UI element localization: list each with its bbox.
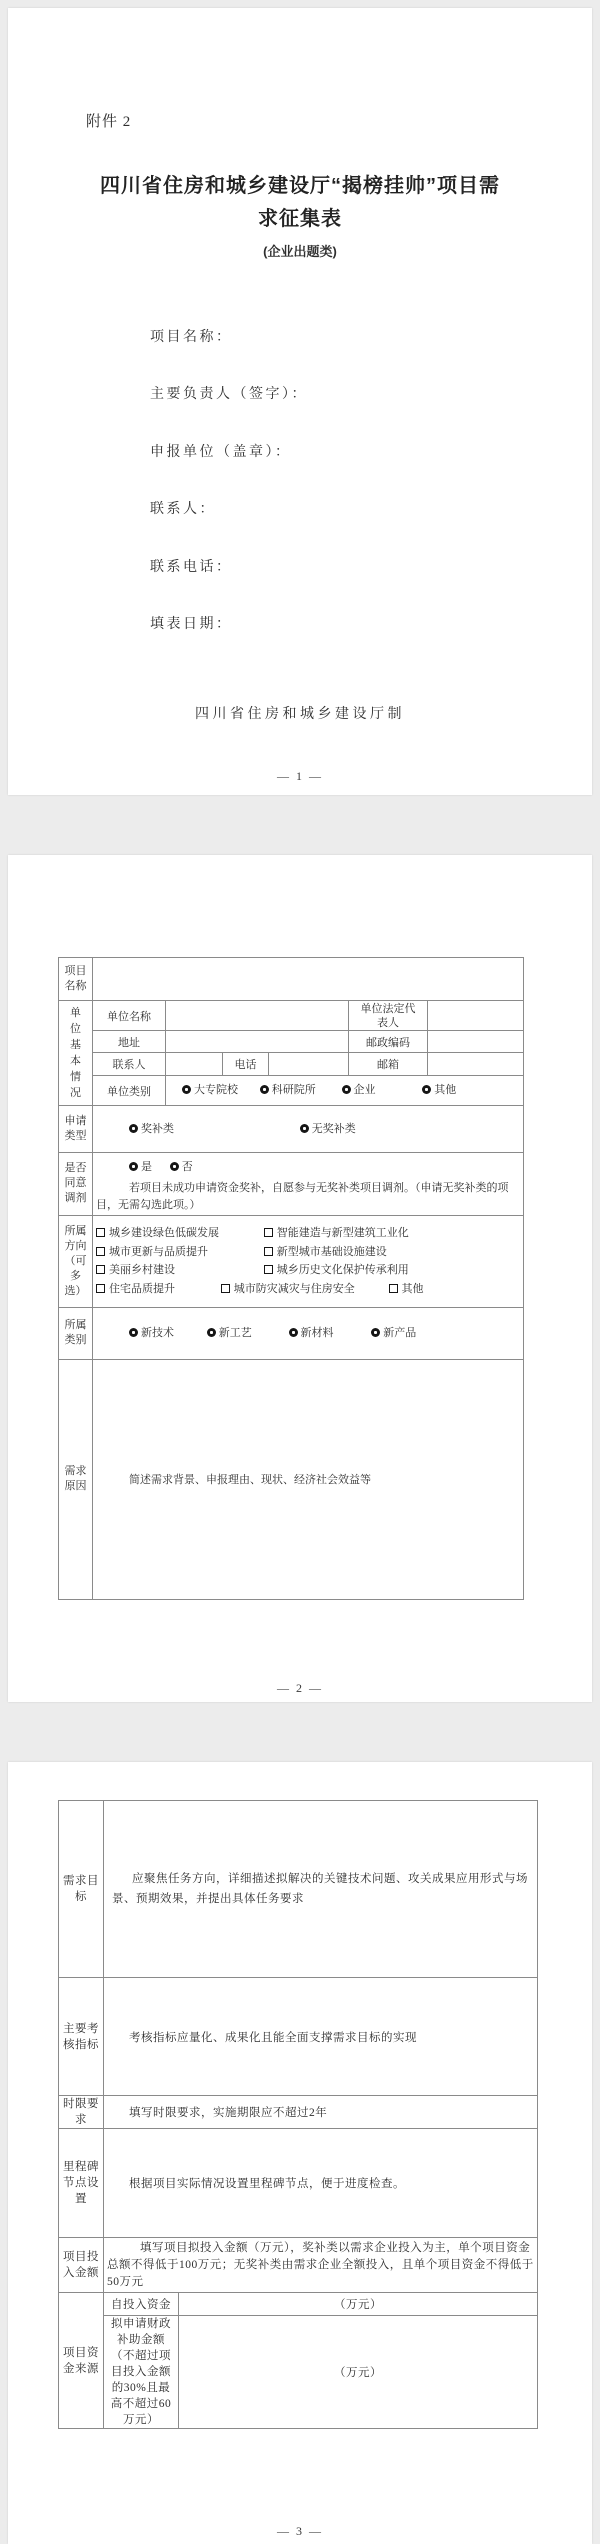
adjust-label-cell: 是否同意调剂 — [59, 1153, 93, 1216]
radio-icon — [182, 1085, 191, 1094]
radio-icon — [129, 1328, 138, 1337]
apply-type-label-cell: 申请类型 — [59, 1106, 93, 1153]
email-label-cell: 邮箱 — [349, 1053, 428, 1076]
investment-hint: 填写项目拟投入金额（万元），奖补类以需求企业投入为主，单个项目资金总额不得低于1… — [104, 2240, 537, 2291]
checkbox-option: 城乡历史文化保护传承利用 — [264, 1261, 409, 1280]
field-contact-phone: 联系电话： — [150, 556, 233, 576]
adjust-content-cell: 是 否 若项目未成功申请资金奖补，自愿参与无奖补类项目调剂。（申请无奖补类的项目… — [93, 1153, 524, 1216]
milestone-label-cell: 里程碑节点设置 — [59, 2129, 104, 2238]
radio-option: 新工艺 — [207, 1324, 286, 1343]
checkbox-option: 美丽乡村建设 — [96, 1261, 261, 1280]
investment-hint-cell: 填写项目拟投入金额（万元），奖补类以需求企业投入为主，单个项目资金总额不得低于1… — [104, 2238, 538, 2293]
radio-icon — [170, 1162, 179, 1171]
page-2: 项目名称 单位基本情况 单位名称 单位法定代表人 地址 邮政编码 联系人 电话 — [8, 855, 592, 1702]
checkbox-icon — [264, 1247, 273, 1256]
radio-icon — [300, 1124, 309, 1133]
unit-name-value-cell — [166, 1001, 349, 1031]
radio-option: 新材料 — [289, 1324, 369, 1343]
checkbox-option: 城市防灾减灾与住房安全 — [221, 1280, 386, 1299]
requirement-form-table: 项目名称 单位基本情况 单位名称 单位法定代表人 地址 邮政编码 联系人 电话 — [58, 957, 524, 1600]
checkbox-icon — [264, 1265, 273, 1274]
unit-info-label-cell: 单位基本情况 — [59, 1001, 93, 1106]
title-line-2: 求征集表 — [8, 203, 592, 236]
goal-hint: 应聚焦任务方向，详细描述拟解决的关键技术问题、攻关成果应用形式与场景、预期效果，… — [104, 1869, 537, 1909]
attachment-label: 附件 2 — [86, 110, 131, 131]
self-fund-value-cell: （万元） — [179, 2293, 538, 2316]
radio-icon — [342, 1085, 351, 1094]
checkbox-icon — [96, 1228, 105, 1237]
subsidy-value-cell: （万元） — [179, 2316, 538, 2429]
adjust-note: 若项目未成功申请资金奖补，自愿参与无奖补类项目调剂。（申请无奖补类的项目，无需勾… — [93, 1180, 523, 1215]
direction-options-cell: 城乡建设绿色低碳发展 智能建造与新型建筑工业化 城市更新与品质提升 新型城市基础… — [93, 1215, 524, 1307]
checkbox-option: 新型城市基础设施建设 — [264, 1243, 387, 1262]
radio-option: 大专院校 — [182, 1081, 257, 1100]
field-project-name: 项目名称： — [150, 326, 233, 346]
time-label-cell: 时限要求 — [59, 2096, 104, 2129]
radio-option: 其他 — [422, 1081, 456, 1100]
category-options-cell: 新技术 新工艺 新材料 新产品 — [93, 1307, 524, 1359]
checkbox-icon — [221, 1284, 230, 1293]
radio-icon — [129, 1162, 138, 1171]
phone-value-cell — [269, 1053, 349, 1076]
radio-option: 是 — [129, 1158, 167, 1177]
page-number-1: — 1 — — [8, 769, 592, 784]
address-label-cell: 地址 — [93, 1031, 166, 1053]
postcode-label-cell: 邮政编码 — [349, 1031, 428, 1053]
postcode-value-cell — [428, 1031, 524, 1053]
checkbox-icon — [264, 1228, 273, 1237]
project-name-value-cell — [93, 958, 524, 1001]
reason-label-cell: 需求原因 — [59, 1359, 93, 1599]
requirement-detail-table: 需求目标 应聚焦任务方向，详细描述拟解决的关键技术问题、攻关成果应用形式与场景、… — [58, 1800, 538, 2429]
radio-icon — [207, 1328, 216, 1337]
page-1: 附件 2 四川省住房和城乡建设厅“揭榜挂帅”项目需 求征集表 (企业出题类) 项… — [8, 8, 592, 795]
legal-rep-label-cell: 单位法定代表人 — [349, 1001, 428, 1031]
checkbox-icon — [96, 1284, 105, 1293]
investment-label-cell: 项目投入金额 — [59, 2238, 104, 2293]
field-applicant-unit: 申报单位（盖章）： — [150, 441, 292, 461]
email-value-cell — [428, 1053, 524, 1076]
radio-option: 新产品 — [371, 1324, 416, 1343]
radio-option: 企业 — [342, 1081, 420, 1100]
radio-option: 否 — [170, 1158, 193, 1177]
apply-type-options-cell: 奖补类 无奖补类 — [93, 1106, 524, 1153]
direction-label-cell: 所属方向（可多选） — [59, 1215, 93, 1307]
goal-label-cell: 需求目标 — [59, 1801, 104, 1978]
unit-type-options-cell: 大专院校 科研院所 企业 其他 — [166, 1076, 524, 1106]
document-viewer: 附件 2 四川省住房和城乡建设厅“揭榜挂帅”项目需 求征集表 (企业出题类) 项… — [0, 0, 600, 2544]
document-title: 四川省住房和城乡建设厅“揭榜挂帅”项目需 求征集表 — [8, 170, 592, 236]
radio-icon — [260, 1085, 269, 1094]
checkbox-option: 住宅品质提升 — [96, 1280, 218, 1299]
unit-type-label-cell: 单位类别 — [93, 1076, 166, 1106]
checkbox-icon — [389, 1284, 398, 1293]
checkbox-icon — [96, 1247, 105, 1256]
contact-value-cell — [166, 1053, 223, 1076]
field-contact: 联系人： — [150, 498, 216, 518]
radio-option: 奖补类 — [129, 1120, 297, 1139]
checkbox-option: 城乡建设绿色低碳发展 — [96, 1224, 261, 1243]
page-number-2: — 2 — — [8, 1681, 592, 1696]
title-line-1: 四川省住房和城乡建设厅“揭榜挂帅”项目需 — [8, 170, 592, 203]
kpi-hint-cell: 考核指标应量化、成果化且能全面支撑需求目标的实现 — [104, 1978, 538, 2096]
category-label-cell: 所属类别 — [59, 1307, 93, 1359]
radio-icon — [289, 1328, 298, 1337]
document-subtitle: (企业出题类) — [8, 241, 592, 260]
radio-option: 无奖补类 — [300, 1120, 356, 1139]
issuer-line: 四川省住房和城乡建设厅制 — [8, 703, 592, 723]
project-name-label-cell: 项目名称 — [59, 958, 93, 1001]
address-value-cell — [166, 1031, 349, 1053]
goal-hint-cell: 应聚焦任务方向，详细描述拟解决的关键技术问题、攻关成果应用形式与场景、预期效果，… — [104, 1801, 538, 1978]
field-responsible-person: 主要负责人（签字）： — [150, 383, 308, 403]
page-number-3: — 3 — — [8, 2524, 592, 2539]
field-fill-date: 填表日期： — [150, 613, 233, 633]
radio-option: 新技术 — [129, 1324, 204, 1343]
checkbox-icon — [96, 1265, 105, 1274]
self-fund-label-cell: 自投入资金 — [104, 2293, 179, 2316]
milestone-hint-cell: 根据项目实际情况设置里程碑节点，便于进度检查。 — [104, 2129, 538, 2238]
time-hint-cell: 填写时限要求，实施期限应不超过2年 — [104, 2096, 538, 2129]
phone-label-cell: 电话 — [223, 1053, 269, 1076]
checkbox-option: 城市更新与品质提升 — [96, 1243, 261, 1262]
reason-hint-cell: 简述需求背景、申报理由、现状、经济社会效益等 — [93, 1359, 524, 1599]
unit-name-label-cell: 单位名称 — [93, 1001, 166, 1031]
contact-label-cell: 联系人 — [93, 1053, 166, 1076]
radio-icon — [371, 1328, 380, 1337]
radio-icon — [129, 1124, 138, 1133]
radio-option: 科研院所 — [260, 1081, 339, 1100]
checkbox-option: 智能建造与新型建筑工业化 — [264, 1224, 409, 1243]
legal-rep-value-cell — [428, 1001, 524, 1031]
subsidy-label-cell: 拟申请财政补助金额（不超过项目投入金额的30%且最高不超过60万元） — [104, 2316, 179, 2429]
radio-icon — [422, 1085, 431, 1094]
funding-label-cell: 项目资金来源 — [59, 2293, 104, 2429]
checkbox-option: 其他 — [389, 1280, 424, 1299]
kpi-label-cell: 主要考核指标 — [59, 1978, 104, 2096]
page-3: 需求目标 应聚焦任务方向，详细描述拟解决的关键技术问题、攻关成果应用形式与场景、… — [8, 1762, 592, 2544]
